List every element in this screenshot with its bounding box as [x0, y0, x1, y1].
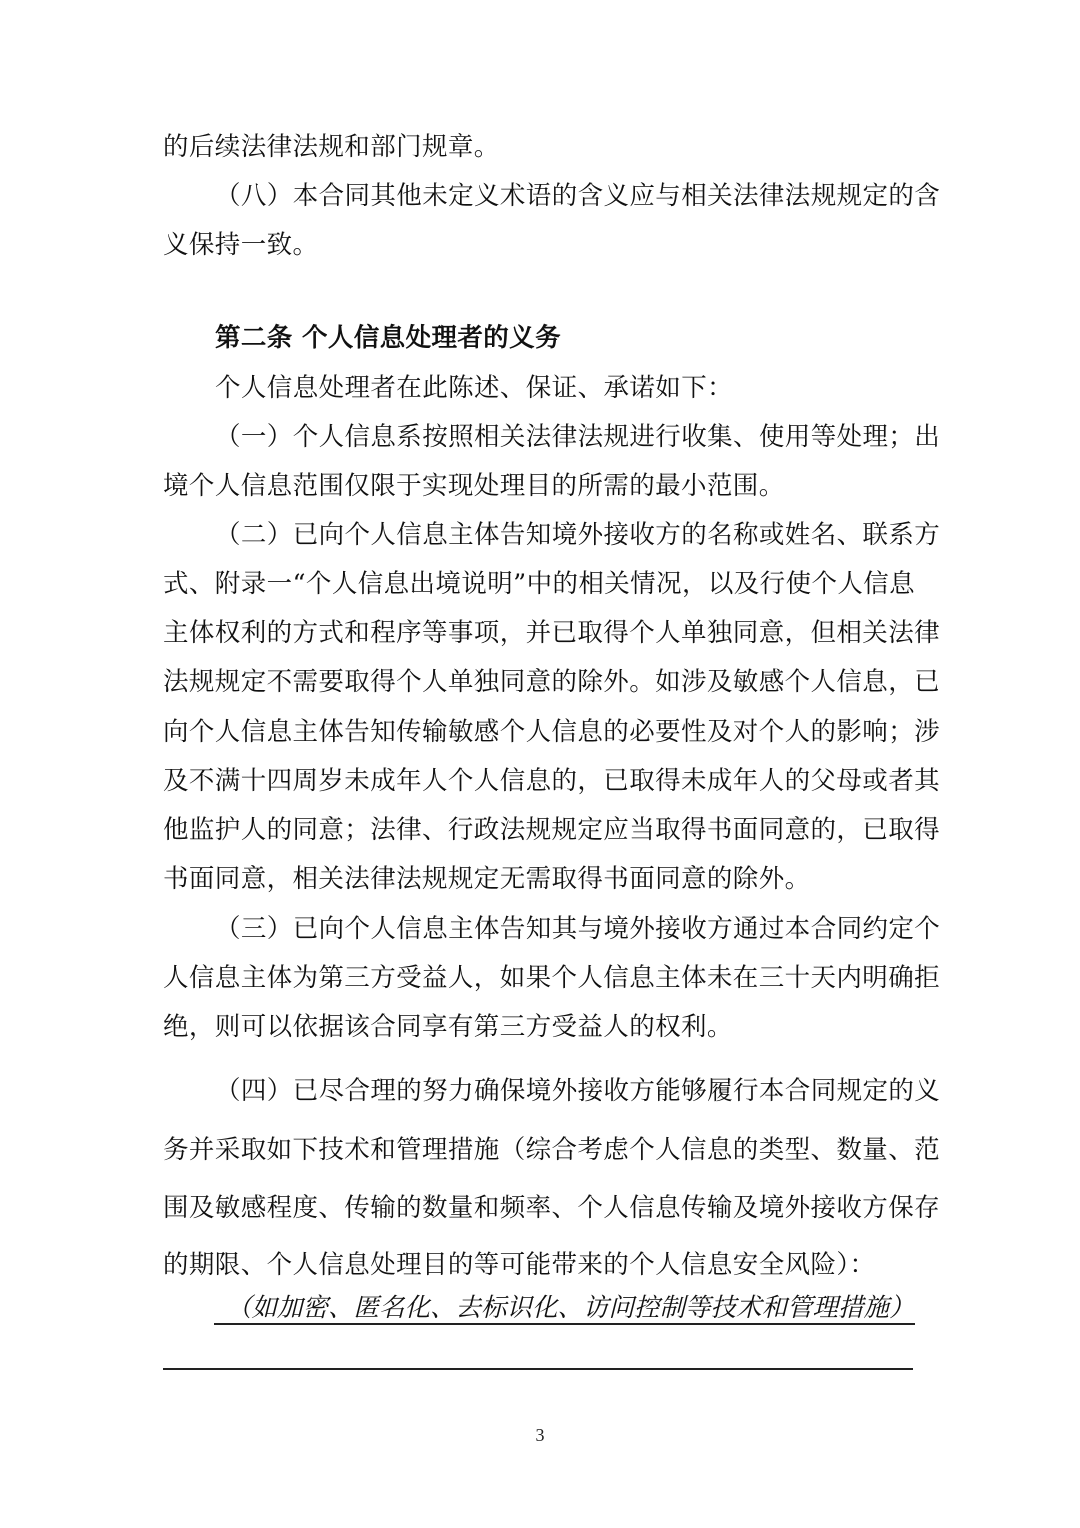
fill-in-field-hint: （如加密、匿名化、去标识化、访问控制等技术和管理措施） — [214, 1293, 915, 1325]
paragraph-line: 的期限、个人信息处理目的等可能带来的个人信息安全风险）： — [163, 1250, 915, 1280]
paragraph-line: 务并采取如下技术和管理措施（综合考虑个人信息的类型、数量、范 — [163, 1135, 915, 1165]
paragraph-line: 他监护人的同意；法律、行政法规规定应当取得书面同意的，已取得 — [163, 815, 915, 845]
paragraph-line: 式、附录一“个人信息出境说明”中的相关情况，以及行使个人信息 — [163, 569, 915, 599]
paragraph-line: 主体权利的方式和程序等事项，并已取得个人单独同意，但相关法律 — [163, 618, 915, 648]
paragraph-line: （一）个人信息系按照相关法律法规进行收集、使用等处理；出 — [215, 422, 915, 452]
paragraph-line: （八）本合同其他未定义术语的含义应与相关法律法规规定的含 — [215, 181, 915, 211]
paragraph-line: 绝，则可以依据该合同享有第三方受益人的权利。 — [163, 1012, 915, 1042]
paragraph-line: 义保持一致。 — [163, 230, 915, 260]
paragraph-line: 向个人信息主体告知传输敏感个人信息的必要性及对个人的影响；涉 — [163, 717, 915, 747]
paragraph-line: 书面同意，相关法律法规规定无需取得书面同意的除外。 — [163, 864, 915, 894]
paragraph-line: 法规规定不需要取得个人单独同意的除外。如涉及敏感个人信息，已 — [163, 667, 915, 697]
paragraph-line: 人信息主体为第三方受益人，如果个人信息主体未在三十天内明确拒 — [163, 963, 915, 993]
paragraph-line: （四）已尽合理的努力确保境外接收方能够履行本合同规定的义 — [215, 1076, 915, 1106]
paragraph-line: 境个人信息范围仅限于实现处理目的所需的最小范围。 — [163, 471, 915, 501]
paragraph-line: （三）已向个人信息主体告知其与境外接收方通过本合同约定个 — [215, 914, 915, 944]
paragraph-line: 的后续法律法规和部门规章。 — [163, 132, 915, 162]
fill-in-blank-line — [163, 1368, 913, 1370]
paragraph-line: 个人信息处理者在此陈述、保证、承诺如下： — [215, 373, 915, 403]
article-heading: 第二条 个人信息处理者的义务 — [215, 323, 915, 353]
page-number: 3 — [0, 1425, 1080, 1446]
paragraph-line: （二）已向个人信息主体告知境外接收方的名称或姓名、联系方 — [215, 520, 915, 550]
paragraph-line: 及不满十四周岁未成年人个人信息的，已取得未成年人的父母或者其 — [163, 766, 915, 796]
paragraph-line: 围及敏感程度、传输的数量和频率、个人信息传输及境外接收方保存 — [163, 1193, 915, 1223]
